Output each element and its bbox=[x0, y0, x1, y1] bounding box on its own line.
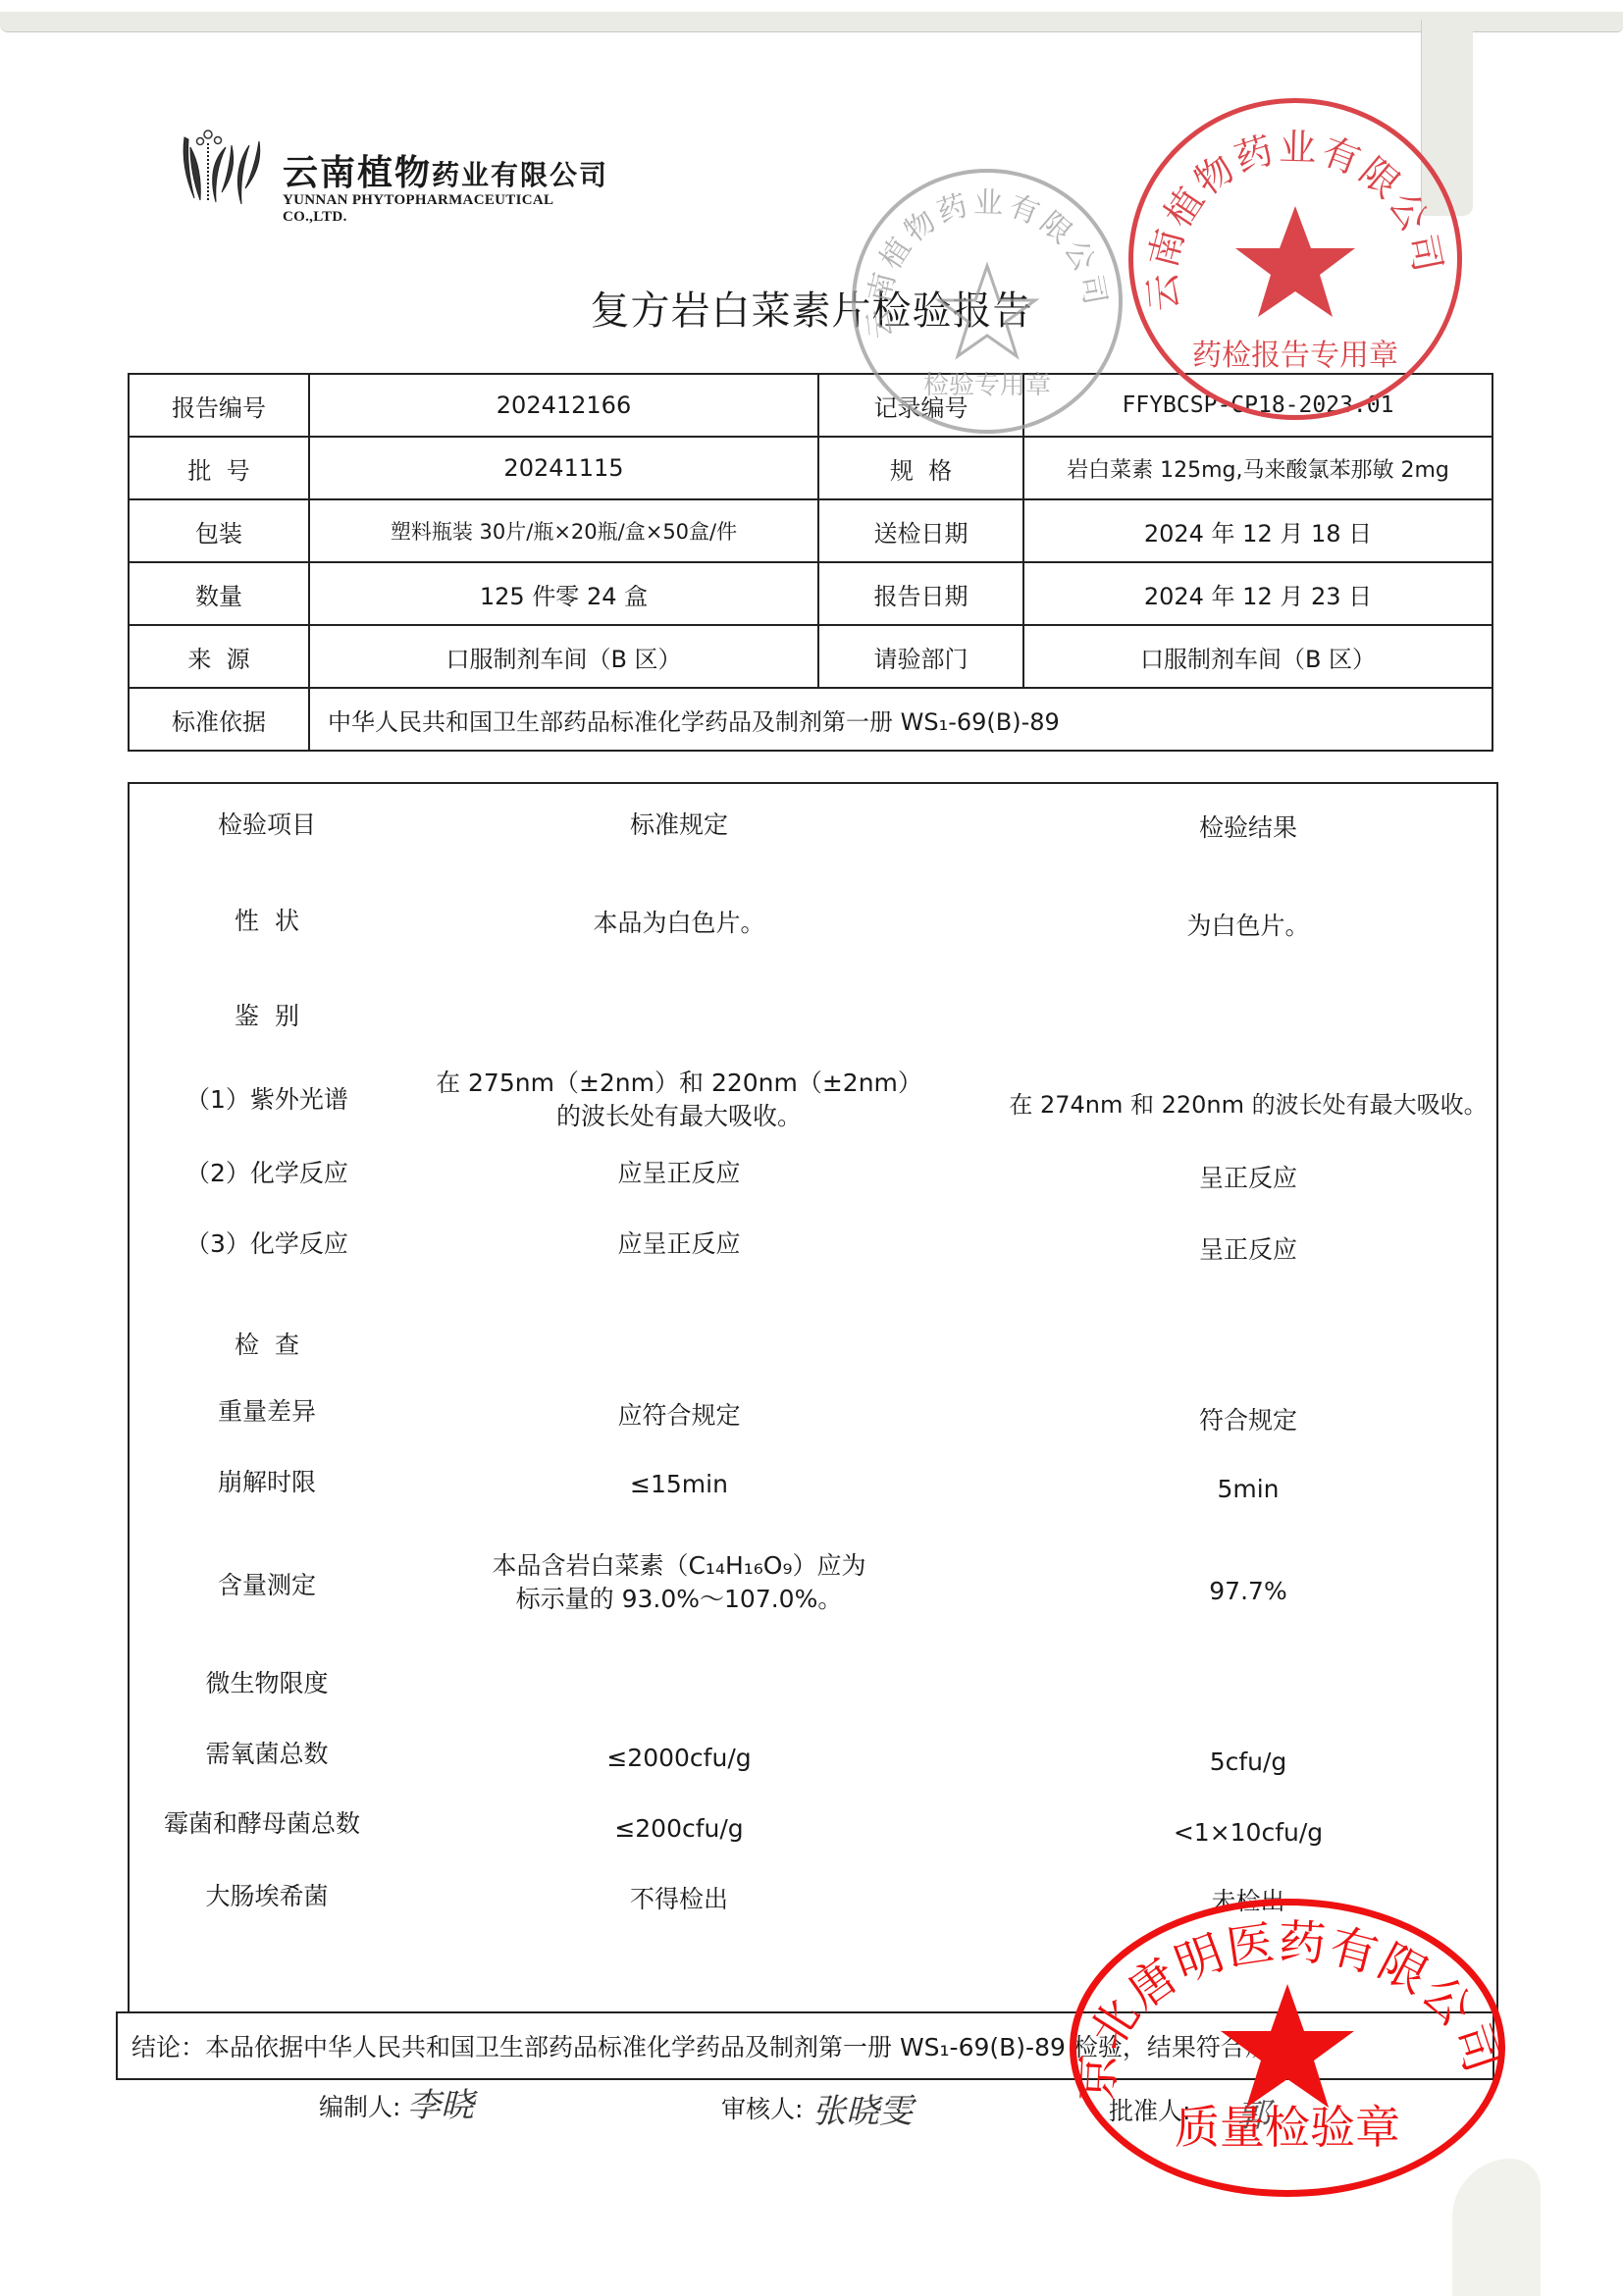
item-identification: 鉴 别 bbox=[130, 1000, 404, 1033]
item-chem-3: （3）化学反应 bbox=[130, 1227, 404, 1261]
inspection-stamp-gray: 云南植物药业有限公司 检验专用章 bbox=[852, 169, 1123, 434]
dept-label: 请验部门 bbox=[818, 625, 1023, 688]
batch-label: 批 号 bbox=[129, 437, 309, 499]
reviewer-label: 审核人: bbox=[721, 2090, 803, 2125]
result-chem-2: 呈正反应 bbox=[993, 1162, 1503, 1195]
item-appearance: 性 状 bbox=[130, 905, 404, 938]
result-mold-yeast: <1×10cfu/g bbox=[993, 1816, 1503, 1850]
report-info-table: 报告编号 202412166 记录编号 FFYBCSP-CP18-2023.01… bbox=[128, 373, 1493, 752]
report-stamp-red: 云南植物药业有限公司 药检报告专用章 bbox=[1128, 98, 1462, 420]
item-microbial-limit: 微生物限度 bbox=[130, 1667, 404, 1700]
item-mold-yeast: 霉菌和酵母菌总数 bbox=[100, 1807, 424, 1841]
standard-aerobic-count: ≤2000cfu/g bbox=[404, 1742, 954, 1775]
result-assay: 97.7% bbox=[993, 1575, 1503, 1608]
result-weight-variation: 符合规定 bbox=[993, 1404, 1503, 1437]
standard-chem-2: 应呈正反应 bbox=[404, 1157, 954, 1190]
quality-stamp: 京北唐明医药有限公司 质量检验章 bbox=[1070, 1899, 1505, 2197]
package-label: 包装 bbox=[129, 499, 309, 562]
header-result: 检验结果 bbox=[993, 811, 1503, 845]
standard-chem-3: 应呈正反应 bbox=[404, 1227, 954, 1261]
batch-value: 20241115 bbox=[309, 437, 818, 499]
company-name-en: YUNNAN PHYTOPHARMACEUTICAL CO.,LTD. bbox=[283, 192, 618, 226]
item-inspection: 检 查 bbox=[130, 1329, 404, 1362]
preparer-signature: 李晓 bbox=[407, 2078, 474, 2126]
reviewer-signature: 张晓雯 bbox=[812, 2084, 913, 2132]
standard-uv-line2: 的波长处有最大吸收。 bbox=[404, 1100, 954, 1133]
item-aerobic-count: 需氧菌总数 bbox=[130, 1738, 404, 1771]
header-standard: 标准规定 bbox=[404, 809, 954, 842]
stamp-gray-label: 检验专用章 bbox=[856, 365, 1119, 401]
standard-assay-line1: 本品含岩白菜素（C₁₄H₁₆O₉）应为 bbox=[404, 1549, 954, 1583]
package-value: 塑料瓶装 30片/瓶×20瓶/盒×50盒/件 bbox=[309, 499, 818, 562]
table-row: 包装 塑料瓶装 30片/瓶×20瓶/盒×50盒/件 送检日期 2024 年 12… bbox=[129, 499, 1492, 562]
item-chem-2: （2）化学反应 bbox=[130, 1157, 404, 1190]
item-weight-variation: 重量差异 bbox=[130, 1395, 404, 1429]
standard-value: 中华人民共和国卫生部药品标准化学药品及制剂第一册 WS₁-69(B)-89 bbox=[309, 688, 1492, 751]
submit-date-label: 送检日期 bbox=[818, 499, 1023, 562]
report-date-label: 报告日期 bbox=[818, 562, 1023, 625]
spec-value: 岩白菜素 125mg,马来酸氯苯那敏 2mg bbox=[1023, 437, 1492, 499]
stamp-red-label: 药检报告专用章 bbox=[1133, 331, 1457, 374]
item-e-coli: 大肠埃希菌 bbox=[130, 1880, 404, 1913]
result-chem-3: 呈正反应 bbox=[993, 1233, 1503, 1267]
result-aerobic-count: 5cfu/g bbox=[993, 1746, 1503, 1779]
report-no-label: 报告编号 bbox=[129, 374, 309, 437]
table-row: 批 号 20241115 规 格 岩白菜素 125mg,马来酸氯苯那敏 2mg bbox=[129, 437, 1492, 499]
test-results-section: 检验项目 标准规定 检验结果 性 状 本品为白色片。 为白色片。 鉴 别 （1）… bbox=[128, 782, 1498, 2013]
company-name-cn: 云南植物药业有限公司 bbox=[283, 145, 608, 195]
item-assay: 含量测定 bbox=[130, 1569, 404, 1602]
stamp-qc-label: 质量检验章 bbox=[1076, 2092, 1498, 2157]
result-disintegration: 5min bbox=[993, 1473, 1503, 1506]
standard-appearance: 本品为白色片。 bbox=[404, 907, 954, 940]
table-row: 来 源 口服制剂车间（B 区） 请验部门 口服制剂车间（B 区） bbox=[129, 625, 1492, 688]
header-item: 检验项目 bbox=[130, 809, 404, 842]
report-no-value: 202412166 bbox=[309, 374, 818, 437]
item-uv: （1）紫外光谱 bbox=[130, 1083, 404, 1117]
standard-mold-yeast: ≤200cfu/g bbox=[404, 1812, 954, 1846]
standard-assay-line2: 标示量的 93.0%～107.0%。 bbox=[404, 1583, 954, 1616]
item-disintegration: 崩解时限 bbox=[130, 1466, 404, 1499]
table-row: 标准依据 中华人民共和国卫生部药品标准化学药品及制剂第一册 WS₁-69(B)-… bbox=[129, 688, 1492, 751]
spec-label: 规 格 bbox=[818, 437, 1023, 499]
preparer-label: 编制人: bbox=[319, 2088, 400, 2123]
quantity-value: 125 件零 24 盒 bbox=[309, 562, 818, 625]
submit-date-value: 2024 年 12 月 18 日 bbox=[1023, 499, 1492, 562]
standard-disintegration: ≤15min bbox=[404, 1468, 954, 1501]
result-appearance: 为白色片。 bbox=[993, 910, 1503, 943]
leaf-logo-icon bbox=[177, 128, 265, 206]
torn-paper-edge bbox=[0, 12, 1623, 32]
result-uv: 在 274nm 和 220nm 的波长处有最大吸收。 bbox=[993, 1088, 1503, 1122]
standard-e-coli: 不得检出 bbox=[404, 1883, 954, 1916]
source-label: 来 源 bbox=[129, 625, 309, 688]
dept-value: 口服制剂车间（B 区） bbox=[1023, 625, 1492, 688]
standard-weight-variation: 应符合规定 bbox=[404, 1399, 954, 1433]
company-logo: 云南植物药业有限公司 YUNNAN PHYTOPHARMACEUTICAL CO… bbox=[177, 128, 618, 211]
standard-uv-line1: 在 275nm（±2nm）和 220nm（±2nm） bbox=[404, 1067, 954, 1100]
standard-label: 标准依据 bbox=[129, 688, 309, 751]
quantity-label: 数量 bbox=[129, 562, 309, 625]
report-date-value: 2024 年 12 月 23 日 bbox=[1023, 562, 1492, 625]
source-value: 口服制剂车间（B 区） bbox=[309, 625, 818, 688]
table-row: 数量 125 件零 24 盒 报告日期 2024 年 12 月 23 日 bbox=[129, 562, 1492, 625]
